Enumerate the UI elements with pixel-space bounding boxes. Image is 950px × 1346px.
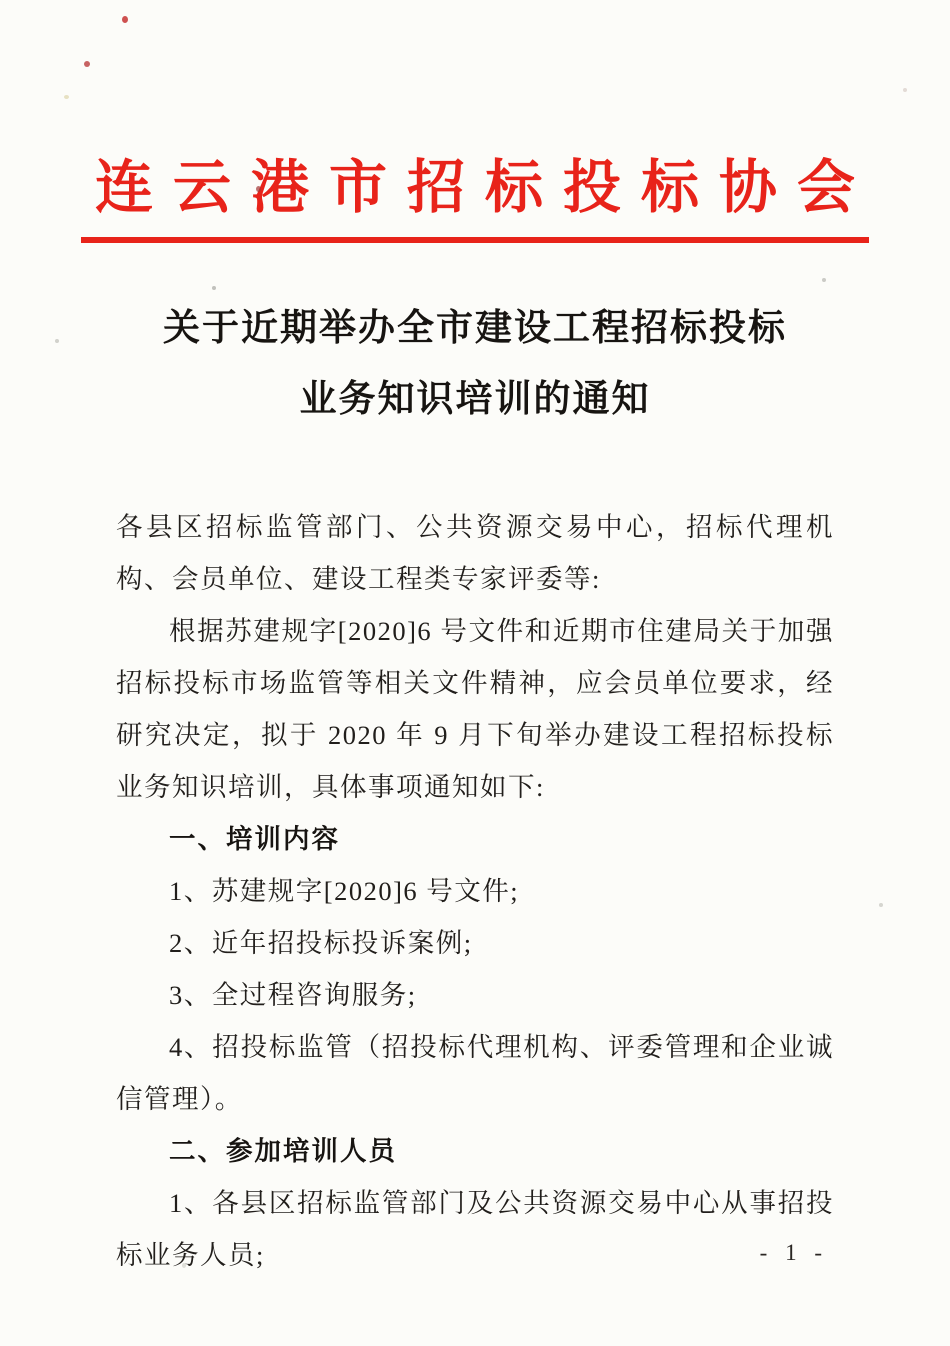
scan-speckle	[64, 95, 69, 99]
letterhead-rule	[81, 237, 869, 243]
list-item: 2、近年招投标投诉案例;	[116, 917, 834, 969]
document-title-line2: 业务知识培训的通知	[0, 364, 950, 435]
scan-speckle	[256, 186, 261, 192]
section2-heading: 二、参加培训人员	[116, 1125, 834, 1177]
scan-speckle	[55, 339, 59, 343]
list-item: 1、苏建规字[2020]6 号文件;	[116, 865, 834, 917]
list-item: 4、招投标监管（招投标代理机构、评委管理和企业诚信管理）。	[116, 1021, 834, 1125]
scan-speckle	[84, 61, 90, 67]
scan-speckle	[822, 278, 826, 282]
page-number: - 1 -	[760, 1240, 828, 1266]
scan-speckle	[879, 903, 883, 907]
section1-heading: 一、培训内容	[116, 813, 834, 865]
list-item: 3、全过程咨询服务;	[116, 969, 834, 1021]
scanned-document-page: 连云港市招标投标协会 关于近期举办全市建设工程招标投标 业务知识培训的通知 各县…	[0, 0, 950, 1346]
intro-paragraph: 根据苏建规字[2020]6 号文件和近期市住建局关于加强招标投标市场监管等相关文…	[116, 605, 834, 813]
salutation-paragraph: 各县区招标监管部门、公共资源交易中心，招标代理机构、会员单位、建设工程类专家评委…	[116, 501, 834, 605]
list-item: 1、各县区招标监管部门及公共资源交易中心从事招投标业务人员;	[116, 1177, 834, 1281]
document-title: 关于近期举办全市建设工程招标投标 业务知识培训的通知	[0, 293, 950, 435]
document-title-line1: 关于近期举办全市建设工程招标投标	[0, 293, 950, 364]
scan-speckle	[212, 286, 216, 290]
scan-speckle	[903, 88, 907, 92]
letterhead-org-name: 连云港市招标投标协会	[0, 140, 950, 224]
scan-speckle	[182, 1263, 186, 1268]
scan-speckle	[122, 16, 128, 23]
document-body: 各县区招标监管部门、公共资源交易中心，招标代理机构、会员单位、建设工程类专家评委…	[116, 501, 834, 1281]
